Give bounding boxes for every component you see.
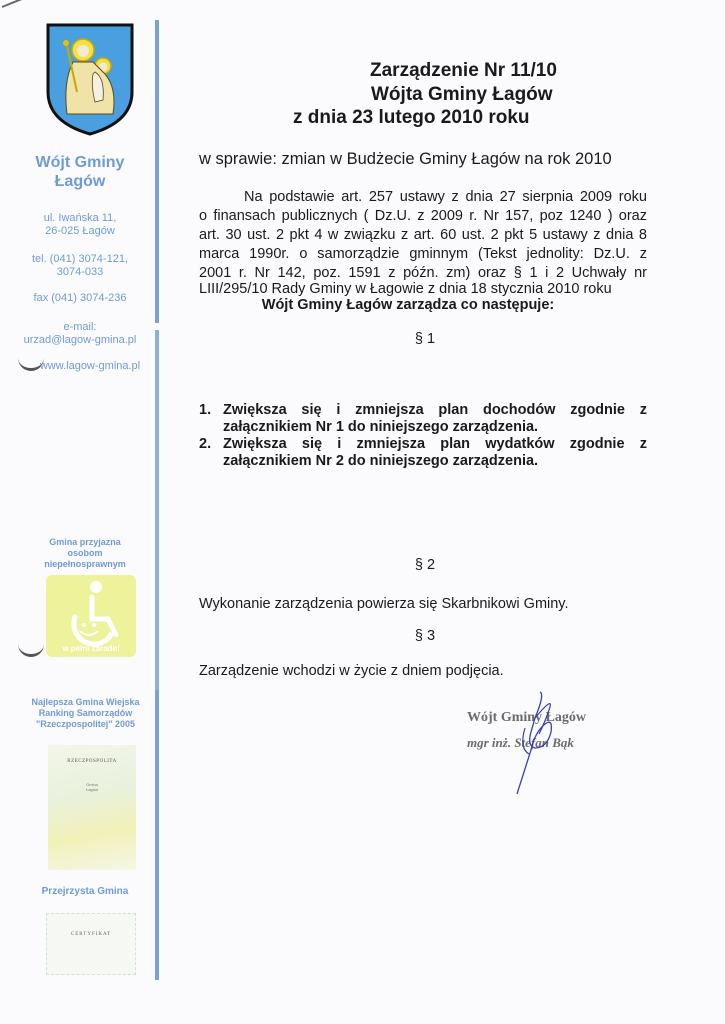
badge-logo-text: w pełni zaradni (46, 644, 136, 653)
document-title: Zarządzenie Nr 11/10 (370, 60, 557, 82)
preamble-line: Na podstawie art. 257 ustawy z dnia 27 s… (199, 188, 647, 207)
provision-text: załącznikiem Nr 2 do niniejszego zarządz… (223, 452, 647, 471)
scan-mark-top-left (2, 0, 40, 8)
address: ul. Iwańska 11, 26-025 Łagów (10, 212, 150, 238)
document-subject: w sprawie: zmian w Budżecie Gminy Łagów … (199, 150, 612, 169)
provision-number: 2. (199, 435, 223, 471)
section-2-heading: § 2 (400, 556, 450, 575)
office-name-line: Wójt Gminy (10, 153, 150, 172)
section-3-text: Zarządzenie wchodzi w życie z dniem podj… (199, 662, 504, 681)
preamble-line: art. 30 ust. 2 pkt 4 w związku z art. 60… (199, 226, 647, 245)
document-title-issuer: Wójta Gminy Łagów (371, 84, 553, 106)
badge-caption-line: niepełnosprawnym (20, 559, 150, 570)
badge-caption-line: osobom (20, 548, 150, 559)
transparency-certificate-image: CERTYFIKAT (46, 913, 136, 975)
coat-of-arms-icon (45, 22, 135, 137)
accessibility-badge: w pełni zaradni (46, 575, 136, 657)
certificate-title: CERTYFIKAT (47, 932, 135, 937)
website-link[interactable]: www.lagow-gmina.pl (20, 360, 160, 372)
certificate-text: Łagów (48, 787, 136, 792)
badge-caption-line: Ranking Samorządów (18, 708, 153, 719)
provision-number: 1. (199, 401, 223, 437)
telephone-line: 3074-033 (10, 266, 150, 279)
preamble: Na podstawie art. 257 ustawy z dnia 27 s… (199, 188, 647, 315)
section-3-heading: § 3 (400, 627, 450, 646)
badge-caption-line: Gmina przyjazna (20, 537, 150, 548)
section-1-heading: § 1 (400, 330, 450, 349)
badge-ranking-caption: Najlepsza Gmina Wiejska Ranking Samorząd… (18, 697, 153, 730)
badge-caption-line: Najlepsza Gmina Wiejska (18, 697, 153, 708)
sidebar-divider-lower (155, 690, 159, 980)
badge-transparent-caption: Przejrzysta Gmina (20, 886, 150, 897)
badge-accessible-caption: Gmina przyjazna osobom niepełnosprawnym (20, 537, 150, 570)
address-line: ul. Iwańska 11, (10, 212, 150, 225)
provision-item: 2. Zwiększa się i zmniejsza plan wydatkó… (199, 435, 647, 471)
provisions-list: 1. Zwiększa się i zmniejsza plan dochodó… (199, 401, 647, 471)
email-block: e-mail: urzad@lagow-gmina.pl (10, 321, 150, 347)
preamble-line: o finansach publicznych ( Dz.U. z 2009 r… (199, 207, 647, 226)
handwritten-signature (505, 688, 585, 798)
certificate-title: RZECZPOSPOLITA (48, 759, 136, 764)
provision-item: 1. Zwiększa się i zmniejsza plan dochodó… (199, 401, 647, 437)
punch-hole-mark (18, 640, 44, 657)
badge-caption-line: "Rzeczpospolitej" 2005 (18, 719, 153, 730)
preamble-line: marca 1990r. o samorządzie gminnym (Teks… (199, 245, 647, 264)
telephone: tel. (041) 3074-121, 3074-033 (10, 253, 150, 279)
telephone-line: tel. (041) 3074-121, (10, 253, 150, 266)
fax: fax (041) 3074-236 (10, 292, 150, 304)
sidebar-divider-mid (155, 330, 159, 690)
section-2-text: Wykonanie zarządzenia powierza się Skarb… (199, 595, 569, 614)
email-link[interactable]: urzad@lagow-gmina.pl (10, 334, 150, 347)
email-label: e-mail: (10, 321, 150, 334)
sidebar-divider (155, 20, 159, 323)
address-line: 26-025 Łagów (10, 225, 150, 238)
ranking-certificate-image: RZECZPOSPOLITA Gmina Łagów (48, 745, 136, 870)
document-date: z dnia 23 lutego 2010 roku (293, 107, 530, 129)
office-name: Wójt Gminy Łagów (10, 153, 150, 191)
office-name-line: Łagów (10, 172, 150, 191)
